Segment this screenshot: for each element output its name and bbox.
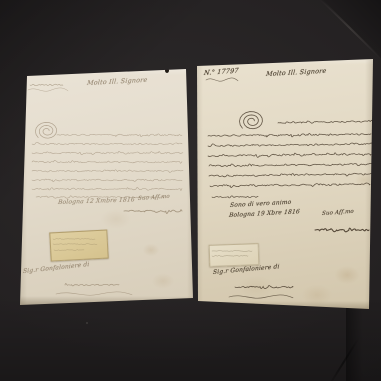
salutation-line: Molto Ill. Signore: [87, 76, 148, 87]
address-line: Sig.r Gonfaloniere di: [23, 261, 90, 275]
letter-document-left: Molto Ill. Signore Bologna 12 Xmbre 1816…: [20, 69, 195, 305]
photo-scene: Molto Ill. Signore Bologna 12 Xmbre 1816…: [0, 0, 381, 381]
date-line: Bologna 12 Xmbre 1816: [58, 196, 136, 206]
ink-blot: [165, 68, 169, 73]
backdrop-fold-top-right: [300, 0, 381, 62]
collector-label: [49, 230, 108, 262]
valediction: Suo Aff.mo: [138, 194, 170, 202]
letter-document-right: N.° 17797 Molto Ill. Signore Sono di ver…: [196, 59, 373, 310]
salutation-line: Molto Ill. Signore: [266, 67, 327, 78]
backdrop-fold-bottom-right: [346, 300, 381, 381]
collector-label: [209, 243, 260, 267]
date-line: Bologna 19 Xbre 1816: [229, 208, 301, 219]
closing-line: Sono di vero animo: [230, 199, 292, 209]
dust-speck: [86, 322, 88, 324]
ref-number-note: N.° 17797: [204, 67, 239, 77]
valediction: Suo Aff.mo: [322, 209, 354, 217]
